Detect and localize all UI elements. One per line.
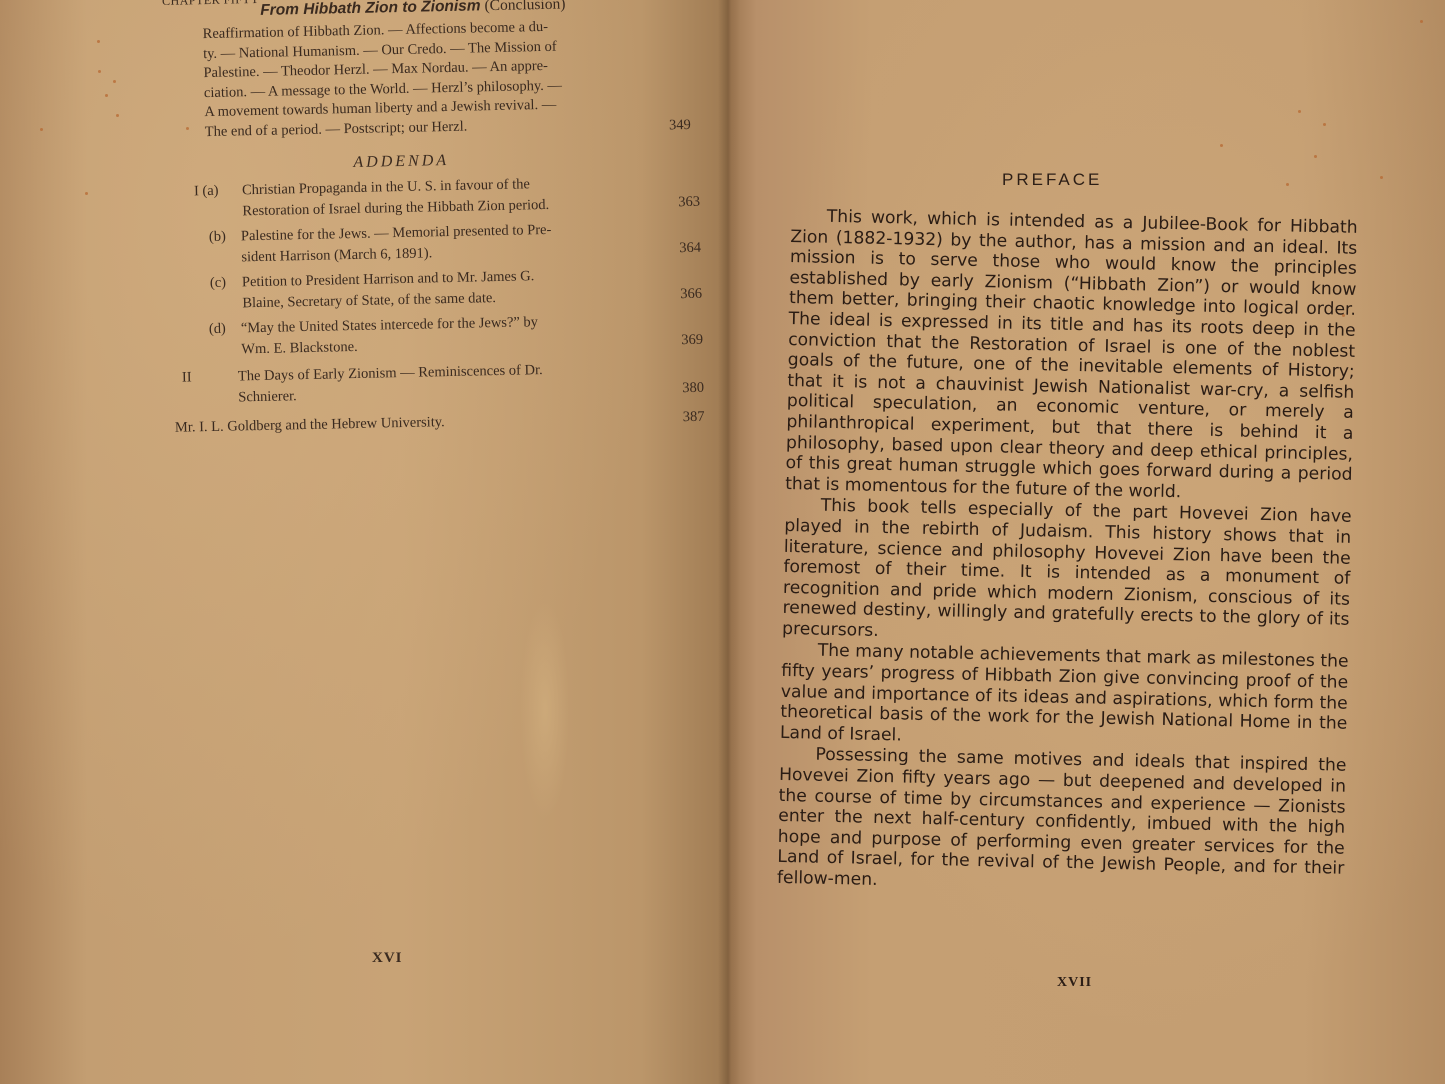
right-page-number: XVII [1057,975,1092,991]
entry-label: (b) [209,227,226,248]
foxing-speck [186,127,189,130]
entry-page-number: 363 [678,192,700,213]
foxing-speck [113,80,116,83]
entry-page-number: 380 [682,378,704,399]
foxing-speck [1298,110,1301,113]
preface-paragraph: This book tells especially of the part H… [782,495,1352,651]
preface-title: PREFACE [1002,170,1102,190]
foxing-speck [1220,144,1223,147]
foxing-speck [105,94,108,97]
preface-paragraph: This work, which is intended as a Jubile… [785,206,1358,506]
foxing-speck [85,192,88,195]
entry-label: (c) [210,273,227,294]
entry-label: II [182,367,192,388]
foxing-speck [40,128,43,131]
foxing-speck [97,40,100,43]
left-page-number: XVI [372,950,403,967]
book-gutter [718,0,740,1084]
addenda-heading: ADDENDA [353,152,449,172]
entry-page-number: 369 [681,330,703,351]
chapter-summary: Reaffirmation of Hibbath Zion. — Affecti… [203,16,645,142]
foxing-speck [1380,176,1383,179]
preface-paragraph: The many notable achievements that mark … [780,640,1349,755]
entry-page-number: 366 [680,284,702,305]
entry-label: I (a) [194,181,219,203]
entry-label: (d) [209,319,226,340]
foxing-speck [1420,20,1423,23]
preface-body: This work, which is intended as a Jubile… [777,206,1358,901]
entry-page-number: 387 [683,407,705,428]
foxing-speck [116,114,119,117]
foxing-speck [1314,155,1317,158]
chapter-title-suffix: (Conclusion) [484,0,565,14]
water-stain [520,600,570,820]
foxing-speck [1286,183,1289,186]
entry-page-number: 364 [679,238,701,259]
book-spread: CHAPTER FIFTY PAGE From Hibbath Zion to … [0,0,1445,1084]
chapter-page-number: 349 [669,117,691,134]
foxing-speck [98,70,101,73]
preface-paragraph: Possessing the same motives and ideals t… [777,744,1347,900]
foxing-speck [1323,123,1326,126]
